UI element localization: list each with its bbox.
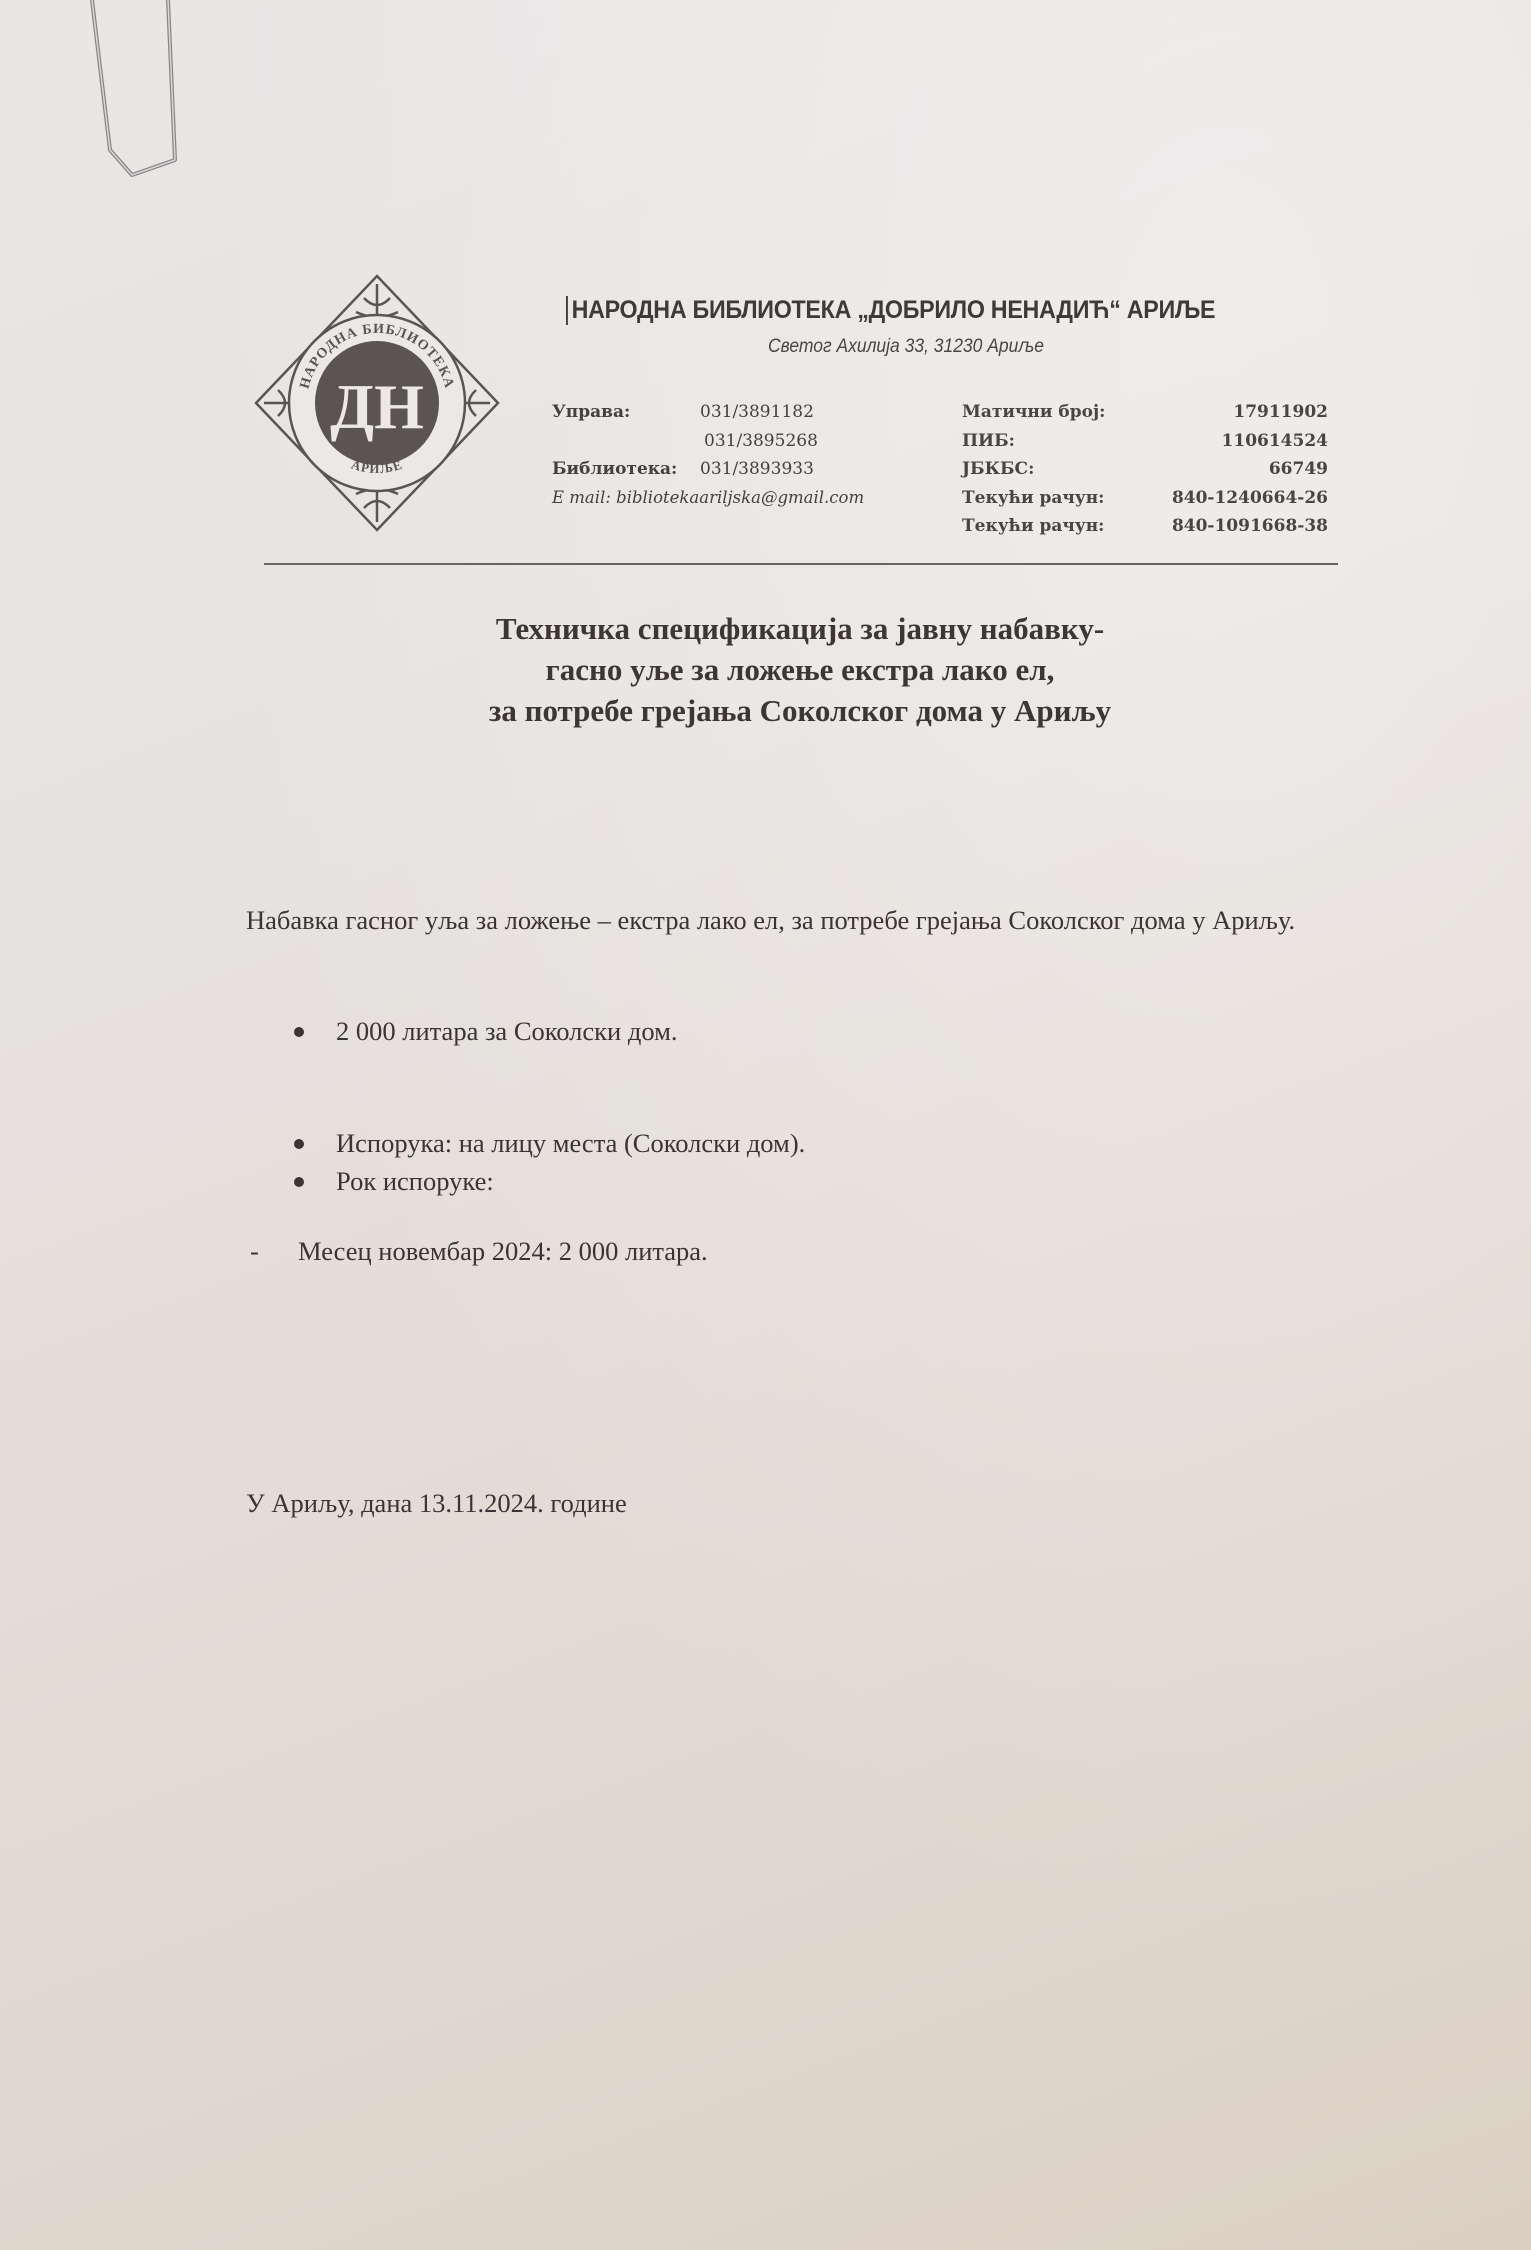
institution-name: НАРОДНА БИБЛИОТЕКА „ДОБРИЛО НЕНАДИЋ“ АРИ…: [566, 296, 1215, 325]
id-row: ЈБКБС:66749: [962, 455, 1328, 484]
delivery-list: Испорука: на лицу места (Соколски дом). …: [246, 1124, 1246, 1200]
dash-marker: -: [250, 1232, 298, 1270]
title-line: гасно уље за ложење екстра лако ел,: [300, 649, 1300, 690]
id-value: 17911902: [1233, 398, 1328, 427]
contact-label: Управа:: [552, 398, 700, 427]
list-item: Рок испоруке:: [246, 1162, 1246, 1200]
id-row: Текући рачун:840-1091668-38: [962, 512, 1328, 541]
title-line: Техничка спецификација за јавну набавку-: [300, 608, 1300, 649]
id-row: Матични број:17911902: [962, 398, 1328, 427]
id-label: Текући рачун:: [962, 484, 1104, 513]
id-label: Текући рачун:: [962, 512, 1104, 541]
id-value: 110614524: [1222, 427, 1328, 456]
id-label: Матични број:: [962, 398, 1105, 427]
header-divider: [264, 563, 1338, 565]
contact-block: Управа: 031/3891182 031/3895268 Библиоте…: [552, 398, 864, 512]
id-label: ЈБКБС:: [962, 455, 1034, 484]
place-date: У Ариљу, дана 13.11.2024. године: [246, 1484, 627, 1522]
quantity-list: 2 000 литара за Соколски дом.: [246, 1012, 1246, 1050]
schedule-text: Месец новембар 2024: 2 000 литара.: [298, 1236, 708, 1266]
list-item: Испорука: на лицу места (Соколски дом).: [246, 1124, 1246, 1162]
contact-row: 031/3895268: [552, 427, 864, 456]
document-title: Техничка спецификација за јавну набавку-…: [300, 608, 1300, 731]
id-row: Текући рачун:840-1240664-26: [962, 484, 1328, 513]
paperclip-icon: [80, 0, 190, 185]
logo-monogram: ДН: [330, 371, 424, 442]
id-value: 840-1240664-26: [1172, 484, 1328, 513]
contact-phone: 031/3891182: [700, 398, 814, 427]
contact-phone: 031/3895268: [552, 427, 818, 456]
contact-row: Библиотека: 031/3893933: [552, 455, 864, 484]
contact-phone: 031/3893933: [700, 455, 814, 484]
institution-address: Светог Ахилија 33, 31230 Ариље: [768, 336, 1044, 358]
title-line: за потребе грејања Соколског дома у Ариљ…: [300, 690, 1300, 731]
list-item: 2 000 литара за Соколски дом.: [246, 1012, 1246, 1050]
schedule-item: -Месец новембар 2024: 2 000 литара.: [250, 1232, 708, 1270]
contact-row: Управа: 031/3891182: [552, 398, 864, 427]
id-value: 66749: [1269, 455, 1328, 484]
intro-paragraph: Набавка гасног уља за ложење – екстра ла…: [246, 902, 1346, 939]
id-label: ПИБ:: [962, 427, 1015, 456]
id-row: ПИБ:110614524: [962, 427, 1328, 456]
library-logo: НАРОДНА БИБЛИОТЕКА АРИЉЕ ДН: [252, 272, 502, 534]
contact-label: Библиотека:: [552, 455, 700, 484]
contact-email: E mail: bibliotekaariljska@gmail.com: [552, 484, 864, 513]
id-value: 840-1091668-38: [1172, 512, 1328, 541]
registration-block: Матични број:17911902 ПИБ:110614524 ЈБКБ…: [962, 398, 1328, 541]
